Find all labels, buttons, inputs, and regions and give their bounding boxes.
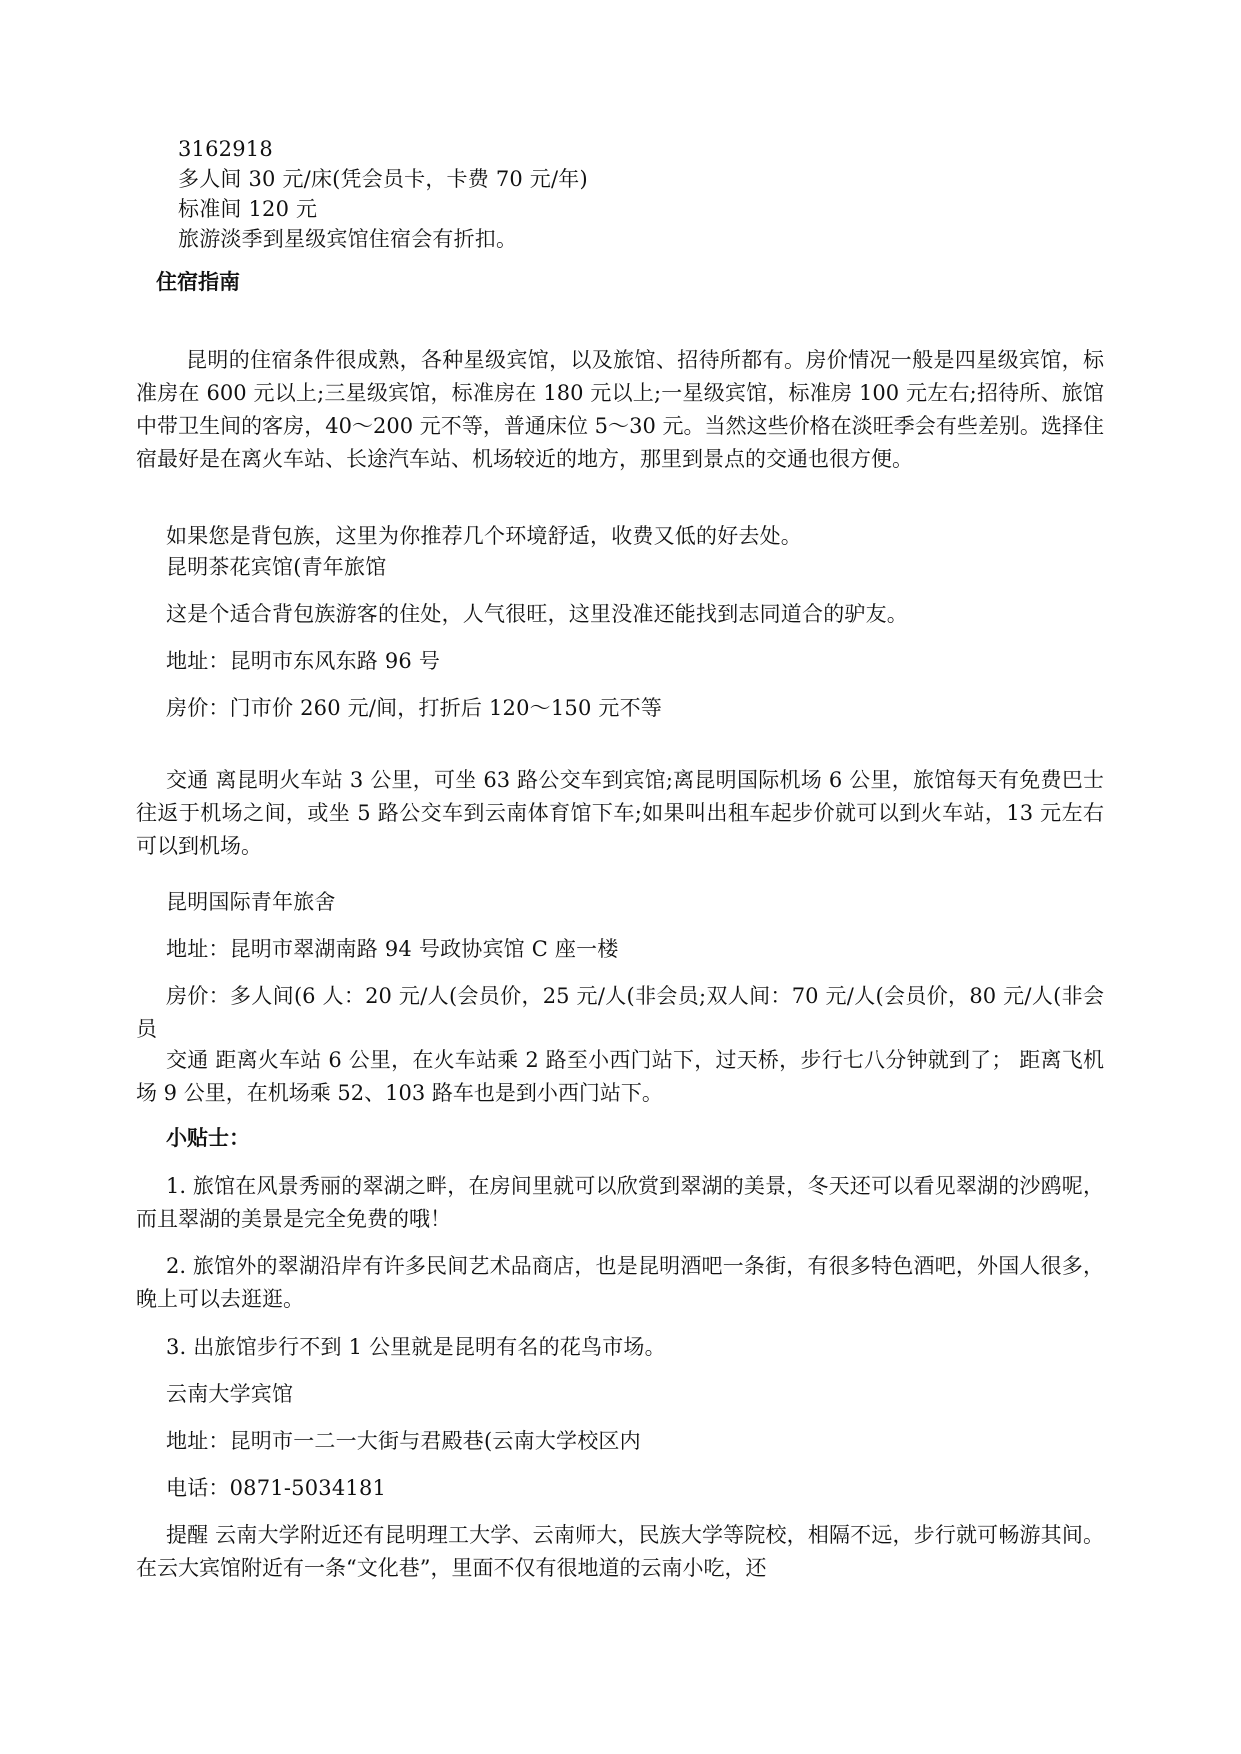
- hotel-address-3: 地址：昆明市一二一大街与君殿巷(云南大学校区内: [166, 1425, 641, 1458]
- phone-number-tail: 3162918: [178, 133, 273, 166]
- dorm-price-line: 多人间 30 元/床(凭会员卡，卡费 70 元/年): [178, 163, 588, 196]
- standard-room-price-line: 标准间 120 元: [178, 193, 317, 226]
- backpacker-intro: 如果您是背包族，这里为你推荐几个环境舒适，收费又低的好去处。: [166, 520, 802, 553]
- tip-item-3: 3. 出旅馆步行不到 1 公里就是昆明有名的花鸟市场。: [166, 1331, 666, 1364]
- hotel-price-1: 房价：门市价 260 元/间，打折后 120～150 元不等: [166, 692, 662, 725]
- hotel-name-1: 昆明茶花宾馆(青年旅馆: [166, 551, 386, 584]
- hotel-address-2: 地址：昆明市翠湖南路 94 号政协宾馆 C 座一楼: [166, 933, 619, 966]
- hotel-name-2: 昆明国际青年旅舍: [166, 886, 336, 919]
- document-page: 3162918 多人间 30 元/床(凭会员卡，卡费 70 元/年) 标准间 1…: [0, 0, 1241, 1754]
- hotel-reminder-3: 提醒 云南大学附近还有昆明理工大学、云南师大，民族大学等院校，相隔不远，步行就可…: [136, 1519, 1104, 1585]
- intro-paragraph: 昆明的住宿条件很成熟，各种星级宾馆，以及旅馆、招待所都有。房价情况一般是四星级宾…: [136, 344, 1104, 476]
- hotel-transport-2: 交通 距离火车站 6 公里，在火车站乘 2 路至小西门站下，过天桥，步行七八分钟…: [136, 1044, 1104, 1110]
- hotel-address-1: 地址：昆明市东风东路 96 号: [166, 645, 440, 678]
- hotel-phone-3: 电话：0871-5034181: [166, 1472, 386, 1505]
- tip-item-1: 1. 旅馆在风景秀丽的翠湖之畔，在房间里就可以欣赏到翠湖的美景，冬天还可以看见翠…: [136, 1170, 1104, 1236]
- hotel-price-2: 房价：多人间(6 人：20 元/人(会员价，25 元/人(非会员;双人间：70 …: [136, 980, 1104, 1046]
- hotel-name-3: 云南大学宾馆: [166, 1378, 293, 1411]
- tips-heading: 小贴士：: [166, 1122, 250, 1155]
- section-heading-accommodation-guide: 住宿指南: [156, 266, 240, 299]
- hotel-description-1: 这是个适合背包族游客的住处，人气很旺，这里没准还能找到志同道合的驴友。: [166, 598, 908, 631]
- hotel-transport-1: 交通 离昆明火车站 3 公里，可坐 63 路公交车到宾馆;离昆明国际机场 6 公…: [136, 764, 1104, 863]
- offseason-discount-note: 旅游淡季到星级宾馆住宿会有折扣。: [178, 223, 517, 256]
- tip-item-2: 2. 旅馆外的翠湖沿岸有许多民间艺术品商店，也是昆明酒吧一条街，有很多特色酒吧，…: [136, 1250, 1104, 1316]
